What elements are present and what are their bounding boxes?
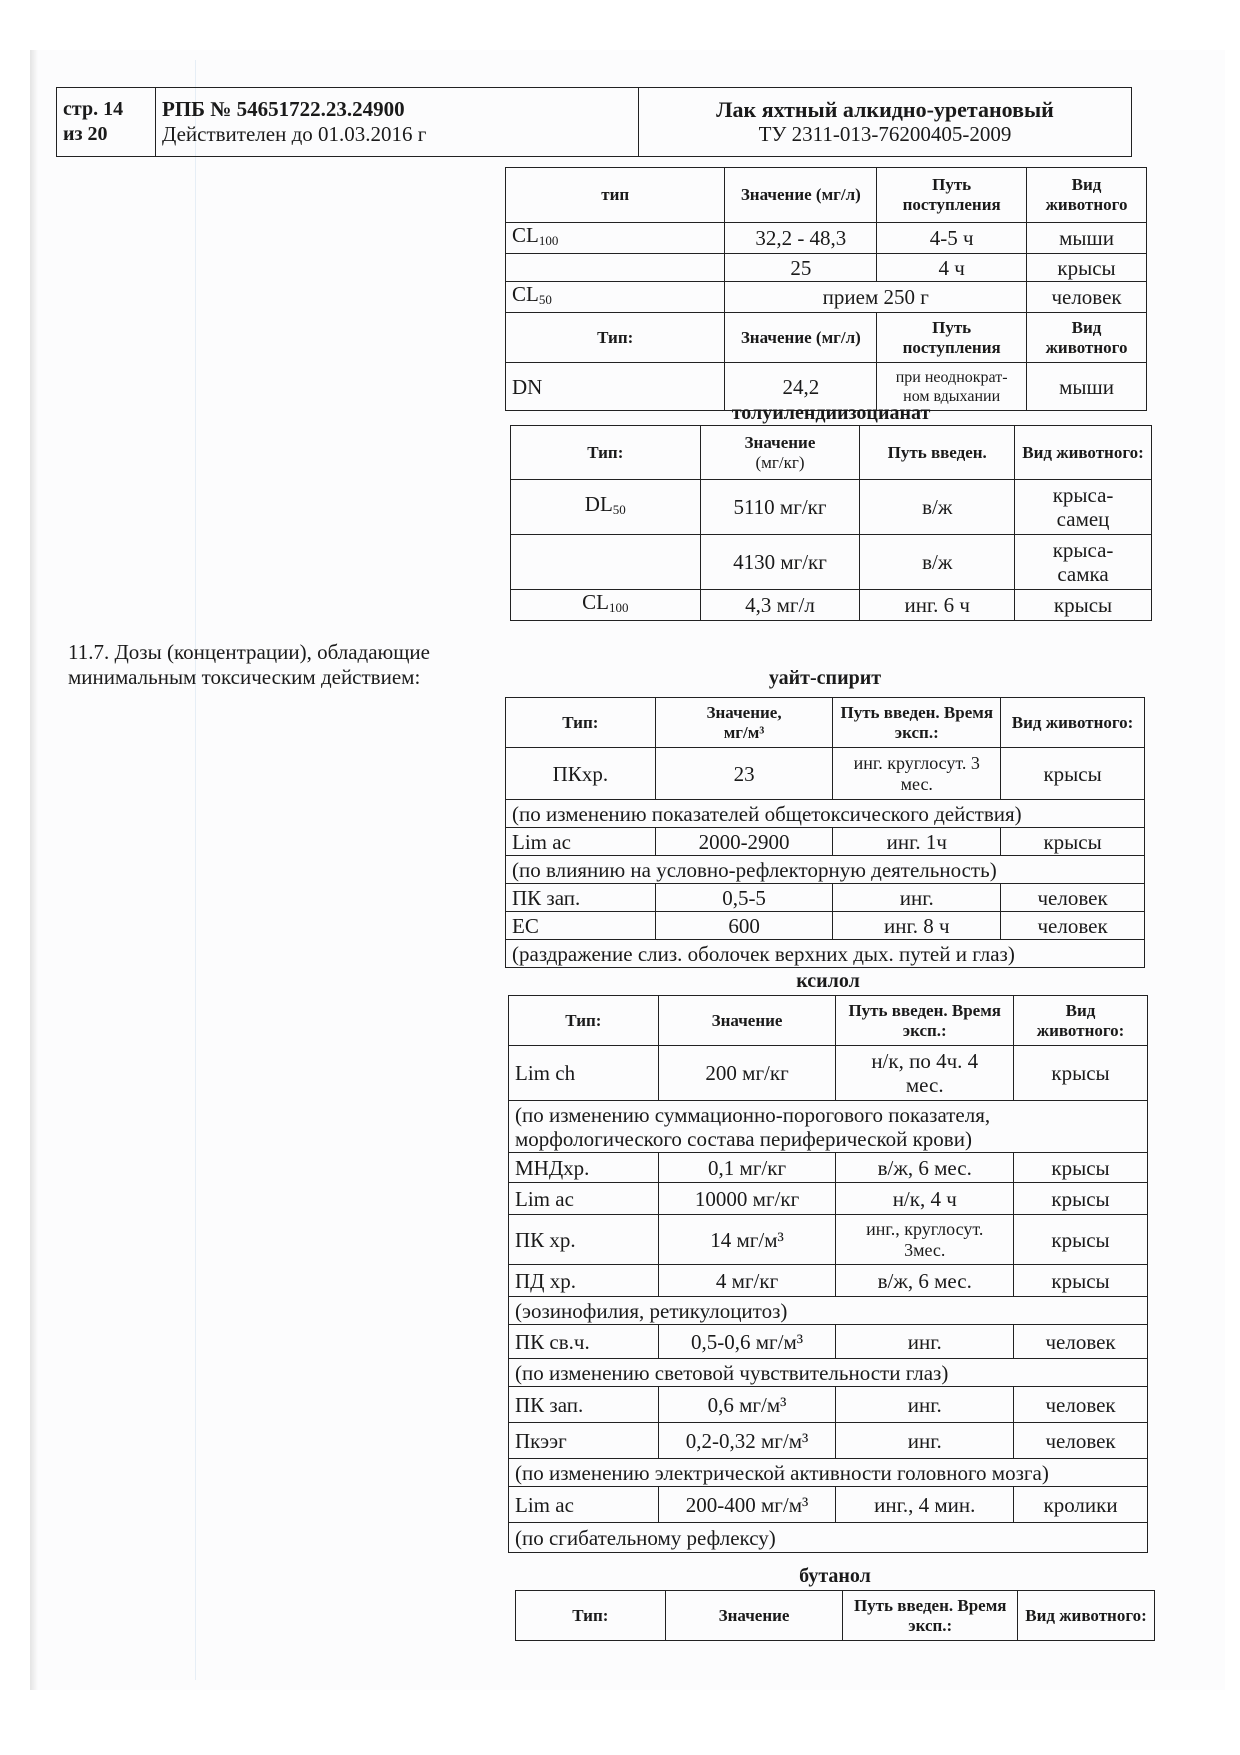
table-row: 4130 мг/кг в/ж крыса-самка (511, 535, 1152, 590)
table-row: ПК зап. 0,5-5 инг. человек (506, 884, 1145, 912)
table-row: Пкээг 0,2-0,32 мг/м³ инг. человек (509, 1423, 1148, 1459)
table-row: Lim ac 10000 мг/кг н/к, 4 ч крысы (509, 1183, 1148, 1215)
toxicity-table-3: Тип: Значение,мг/м³ Путь введен. Время э… (505, 697, 1145, 968)
toxicity-table-4: Тип: Значение Путь введен. Время эксп.: … (508, 995, 1148, 1553)
table-note-row: (по сгибательному рефлексу) (509, 1523, 1148, 1553)
tu-number: ТУ 2311-013-76200405-2009 (645, 122, 1125, 147)
table-row: ПК хр. 14 мг/м³ инг., круглосут. 3мес. к… (509, 1215, 1148, 1265)
table-row: ЕС 600 инг. 8 ч человек (506, 912, 1145, 940)
table-note-row: (по изменению суммационно-порогового пок… (509, 1101, 1148, 1153)
table-row: DL50 5110 мг/кг в/ж крыса-самец (511, 480, 1152, 535)
registration-info: РПБ № 54651722.23.24900 Действителен до … (156, 88, 639, 157)
table-note-row: (по изменению показателей общетоксическо… (506, 800, 1145, 828)
table-row: МНДхр. 0,1 мг/кг в/ж, 6 мес. крысы (509, 1153, 1148, 1183)
table-note-row: (по влиянию на условно-рефлекторную деят… (506, 856, 1145, 884)
product-info: Лак яхтный алкидно-уретановый ТУ 2311-01… (639, 88, 1132, 157)
table-row: ПК св.ч. 0,5-0,6 мг/м³ инг. человек (509, 1325, 1148, 1359)
table-caption: ксилол (508, 970, 1148, 993)
section-title: 11.7. Дозы (концентрации), обладающие ми… (68, 640, 498, 690)
table-caption: уайт-спирит (505, 667, 1145, 690)
table-row: CL100 4,3 мг/л инг. 6 ч крысы (511, 590, 1152, 621)
table-row: Lim ac 200-400 мг/м³ инг., 4 мин. кролик… (509, 1487, 1148, 1523)
table-row: CL100 32,2 - 48,3 4-5 ч мыши (506, 223, 1147, 254)
table-row: 25 4 ч крысы (506, 254, 1147, 282)
scan-shadow (30, 50, 38, 1690)
table-row: Lim ch 200 мг/кг н/к, по 4ч. 4 мес. крыс… (509, 1046, 1148, 1101)
rpb-number: РПБ № 54651722.23.24900 (162, 97, 405, 121)
toxicity-table-1: тип Значение (мг/л) Путь поступления Вид… (505, 167, 1147, 411)
table-row: ПД хр. 4 мг/кг в/ж, 6 мес. крысы (509, 1265, 1148, 1297)
table-note-row: (эозинофилия, ретикулоцитоз) (509, 1297, 1148, 1325)
table-note-row: (по изменению световой чувствительности … (509, 1359, 1148, 1387)
product-name: Лак яхтный алкидно-уретановый (645, 97, 1125, 122)
table-note-row: (раздражение слиз. оболочек верхних дых.… (506, 940, 1145, 968)
page-number: стр. 14 из 20 (57, 88, 156, 157)
table-note-row: (по изменению электрической активности г… (509, 1459, 1148, 1487)
scan-artifact-line (195, 60, 196, 1680)
table-row: CL50 прием 250 г человек (506, 282, 1147, 313)
table-row: ПК зап. 0,6 мг/м³ инг. человек (509, 1387, 1148, 1423)
document-header: стр. 14 из 20 РПБ № 54651722.23.24900 Де… (56, 87, 1132, 157)
toxicity-table-2: Тип: Значение(мг/кг) Путь введен. Вид жи… (510, 425, 1152, 621)
toxicity-table-5: Тип: Значение Путь введен. Время эксп.: … (515, 1590, 1155, 1641)
valid-until: Действителен до 01.03.2016 г (162, 122, 632, 147)
table-row: ПКхр. 23 инг. круглосут. 3 мес. крысы (506, 748, 1145, 800)
table-caption: толуилендиизоцианат (510, 402, 1152, 425)
table-caption: бутанол (515, 1565, 1155, 1588)
table-row: Lim ac 2000-2900 инг. 1ч крысы (506, 828, 1145, 856)
